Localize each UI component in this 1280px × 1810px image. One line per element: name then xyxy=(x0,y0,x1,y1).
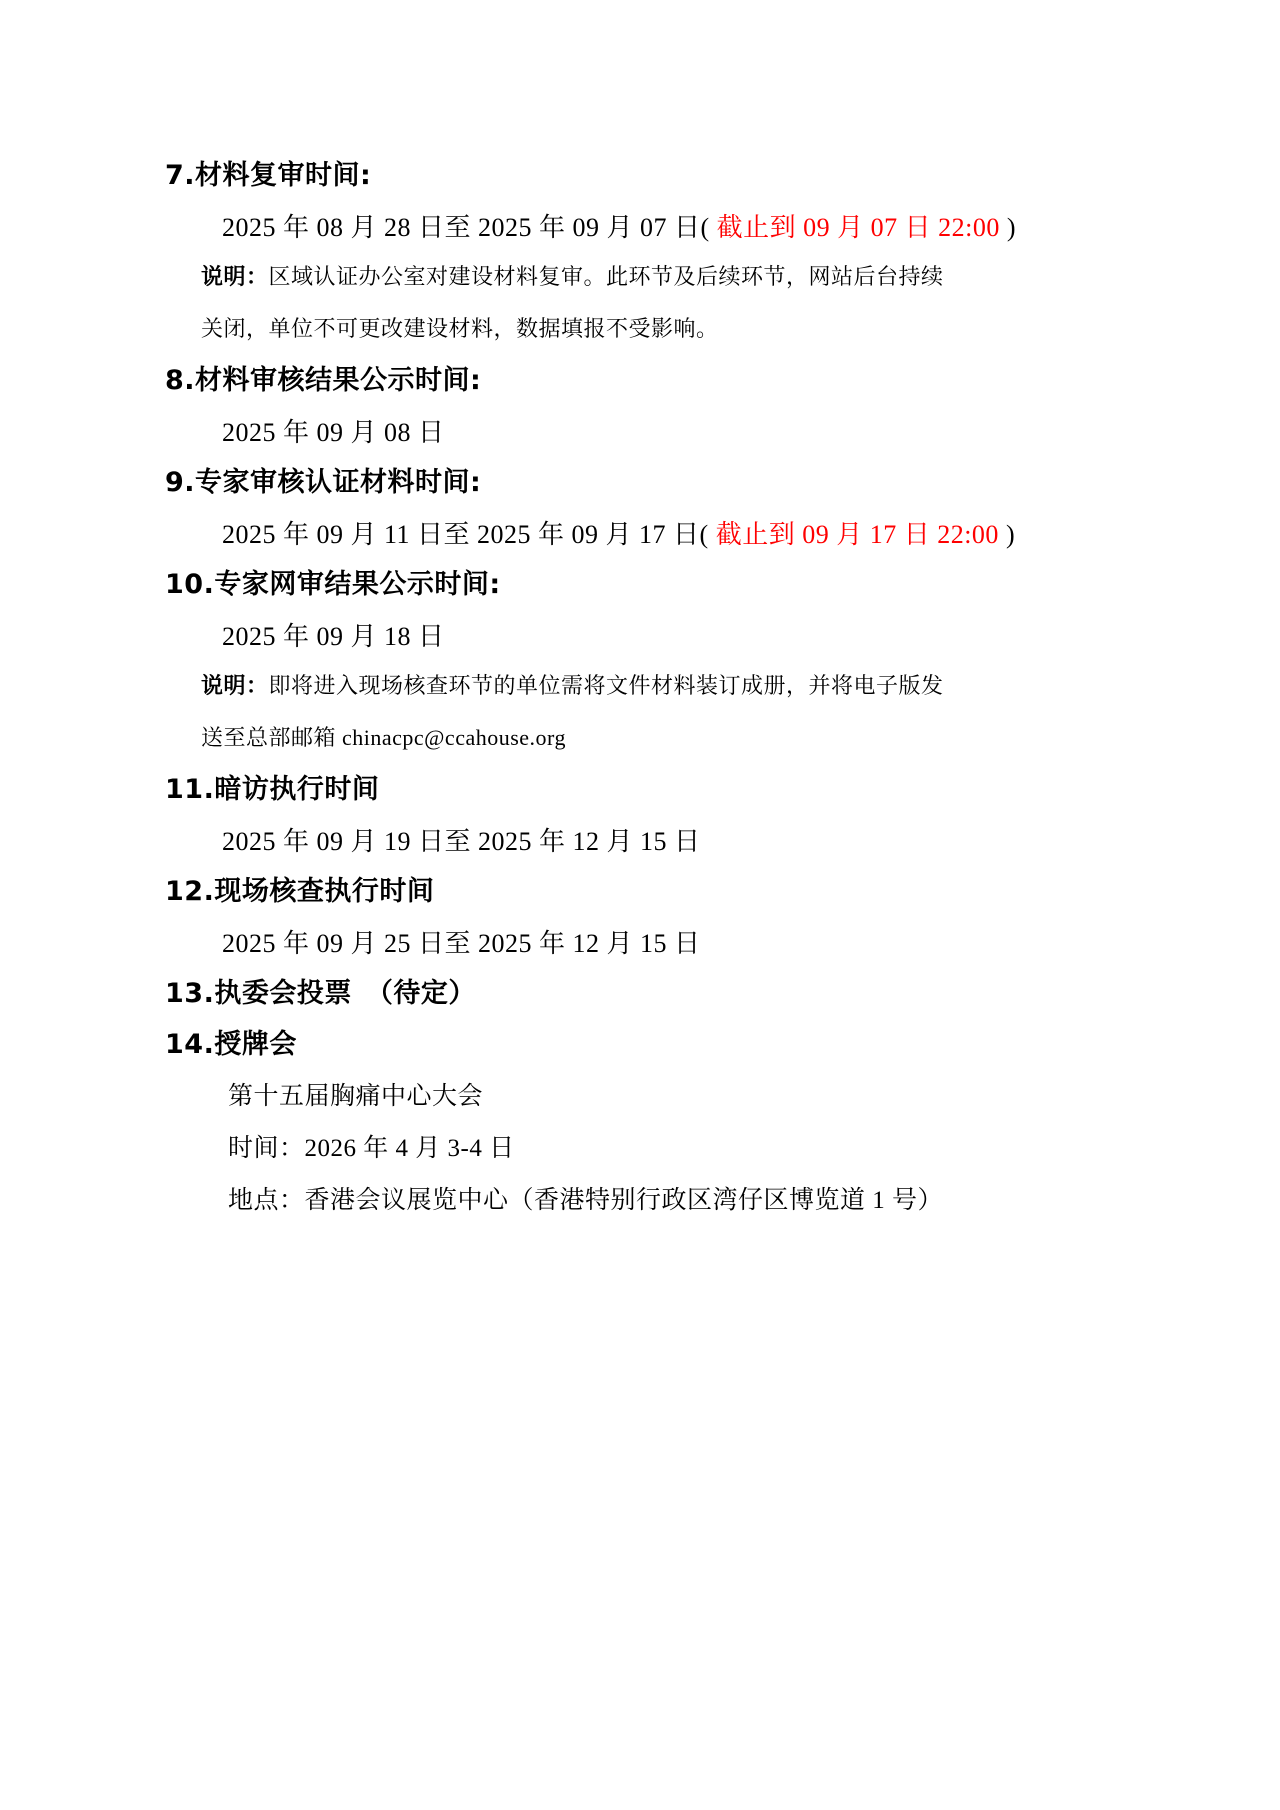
section-7-heading: 7.材料复审时间: xyxy=(165,158,1130,194)
section-10-heading: 10.专家网审结果公示时间: xyxy=(165,567,1130,603)
section-10-date: 2025 年 09 月 18 日 xyxy=(222,618,1130,655)
section-14: 14.授牌会 第十五届胸痛中心大会 时间：2026 年 4 月 3-4 日 地点… xyxy=(165,1027,1130,1219)
section-9-date: 2025 年 09 月 11 日至 2025 年 09 月 17 日( 截止到 … xyxy=(222,516,1130,553)
section-12: 12.现场核查执行时间 2025 年 09 月 25 日至 2025 年 12 … xyxy=(165,874,1130,962)
section-8: 8.材料审核结果公示时间: 2025 年 09 月 08 日 xyxy=(165,363,1130,451)
conference-location: 地点：香港会议展览中心（香港特别行政区湾仔区博览道 1 号） xyxy=(228,1182,1130,1219)
section-8-heading: 8.材料审核结果公示时间: xyxy=(165,363,1130,399)
section-11-date: 2025 年 09 月 19 日至 2025 年 12 月 15 日 xyxy=(222,823,1130,860)
date-text: 2025 年 08 月 28 日至 2025 年 09 月 07 日( xyxy=(222,213,717,242)
deadline-red-text: 截止到 09 月 17 日 22:00 xyxy=(716,520,1006,549)
section-7-note-line2: 关闭，单位不可更改建设材料，数据填报不受影响。 xyxy=(201,312,1130,346)
date-text: 2025 年 09 月 11 日至 2025 年 09 月 17 日( xyxy=(222,520,716,549)
section-11: 11.暗访执行时间 2025 年 09 月 19 日至 2025 年 12 月 … xyxy=(165,772,1130,860)
section-10-note-line2: 送至总部邮箱 chinacpc@ccahouse.org xyxy=(201,721,1130,755)
section-7-note-line1: 说明：区域认证办公室对建设材料复审。此环节及后续环节，网站后台持续 xyxy=(201,260,1130,295)
section-9-heading: 9.专家审核认证材料时间: xyxy=(165,465,1130,501)
section-10-note-line1: 说明：即将进入现场核查环节的单位需将文件材料装订成册，并将电子版发 xyxy=(201,669,1130,704)
section-10: 10.专家网审结果公示时间: 2025 年 09 月 18 日 说明：即将进入现… xyxy=(165,567,1130,755)
section-7: 7.材料复审时间: 2025 年 08 月 28 日至 2025 年 09 月 … xyxy=(165,158,1130,346)
deadline-red-text: 截止到 09 月 07 日 22:00 xyxy=(717,213,1007,242)
note-text: 区域认证办公室对建设材料复审。此环节及后续环节，网站后台持续 xyxy=(269,264,944,289)
section-9: 9.专家审核认证材料时间: 2025 年 09 月 11 日至 2025 年 0… xyxy=(165,465,1130,553)
conference-time: 时间：2026 年 4 月 3-4 日 xyxy=(228,1130,1130,1167)
section-7-date: 2025 年 08 月 28 日至 2025 年 09 月 07 日( 截止到 … xyxy=(222,209,1130,246)
note-label: 说明： xyxy=(201,674,269,699)
note-label: 说明： xyxy=(201,265,269,290)
section-11-heading: 11.暗访执行时间 xyxy=(165,772,1130,808)
note-text: 即将进入现场核查环节的单位需将文件材料装订成册，并将电子版发 xyxy=(269,673,944,698)
section-12-heading: 12.现场核查执行时间 xyxy=(165,874,1130,910)
date-close-paren: ) xyxy=(1007,213,1016,242)
document-page: 7.材料复审时间: 2025 年 08 月 28 日至 2025 年 09 月 … xyxy=(0,0,1280,1810)
section-14-heading: 14.授牌会 xyxy=(165,1027,1130,1063)
section-13-heading: 13.执委会投票 （待定） xyxy=(165,976,1130,1012)
conference-name: 第十五届胸痛中心大会 xyxy=(228,1078,1130,1115)
section-12-date: 2025 年 09 月 25 日至 2025 年 12 月 15 日 xyxy=(222,925,1130,962)
date-close-paren: ) xyxy=(1006,520,1015,549)
section-13: 13.执委会投票 （待定） xyxy=(165,976,1130,1012)
section-8-date: 2025 年 09 月 08 日 xyxy=(222,414,1130,451)
